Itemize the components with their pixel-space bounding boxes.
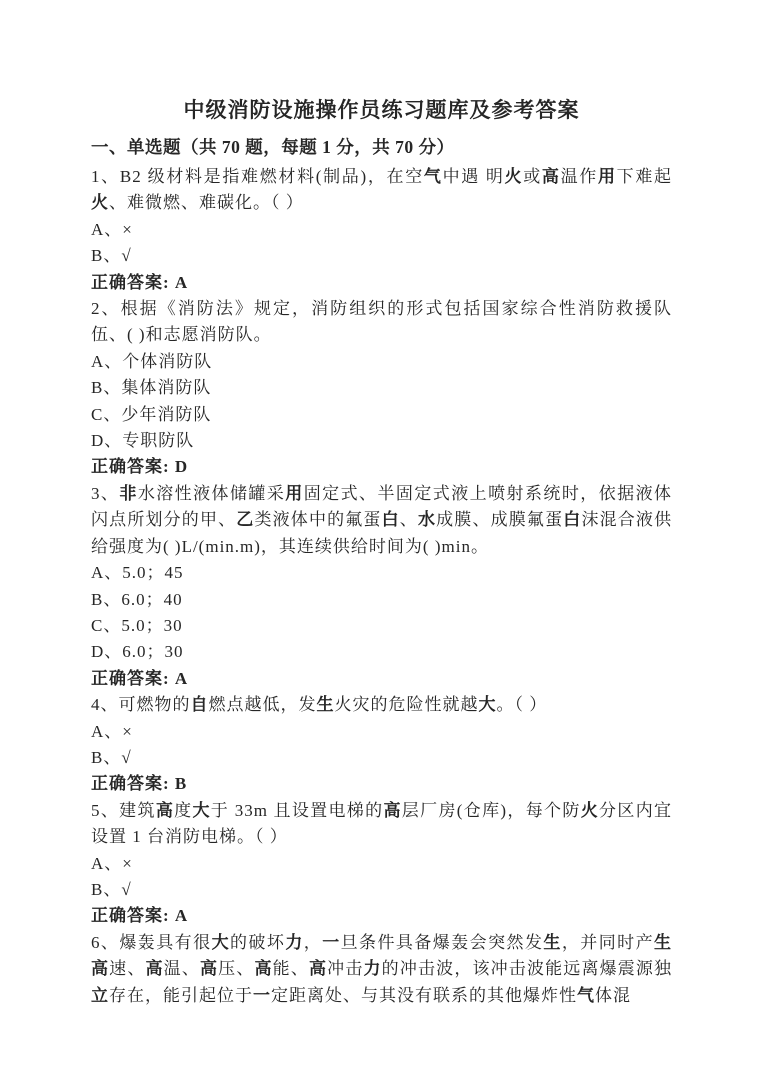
- question-stem: 1、B2 级材料是指难燃材料(制品)，在空气中遇 明火或高温作用下难起火、难微燃…: [91, 164, 672, 217]
- option-line: B、√: [91, 877, 672, 903]
- question-stem: 5、建筑高度大于 33m 且设置电梯的高层厂房(仓库)，每个防火分区内宜设置 1…: [91, 798, 672, 851]
- document-body: 中级消防设施操作员练习题库及参考答案 一、单选题（共 70 题，每题 1 分，共…: [91, 96, 672, 1009]
- option-line: B、集体消防队: [91, 375, 672, 401]
- document-title: 中级消防设施操作员练习题库及参考答案: [91, 96, 672, 124]
- option-line: B、√: [91, 745, 672, 771]
- question-block: 3、非水溶性液体储罐采用固定式、半固定式液上喷射系统时，依据液体闪点所划分的甲、…: [91, 481, 672, 692]
- question-stem: 4、可燃物的自燃点越低，发生火灾的危险性就越大。（ ）: [91, 692, 672, 718]
- question-list: 1、B2 级材料是指难燃材料(制品)，在空气中遇 明火或高温作用下难起火、难微燃…: [91, 164, 672, 1009]
- correct-answer: 正确答案: D: [91, 454, 672, 480]
- question-stem: 2、根据《消防法》规定，消防组织的形式包括国家综合性消防救援队伍、( )和志愿消…: [91, 296, 672, 349]
- option-line: A、个体消防队: [91, 349, 672, 375]
- option-line: D、6.0；30: [91, 639, 672, 665]
- correct-answer: 正确答案: A: [91, 903, 672, 929]
- correct-answer: 正确答案: A: [91, 666, 672, 692]
- question-block: 6、爆轰具有很大的破坏力，一旦条件具备爆轰会突然发生，并同时产生高速、高温、高压…: [91, 930, 672, 1009]
- question-stem: 3、非水溶性液体储罐采用固定式、半固定式液上喷射系统时，依据液体闪点所划分的甲、…: [91, 481, 672, 560]
- option-line: C、5.0；30: [91, 613, 672, 639]
- document-page: 中级消防设施操作员练习题库及参考答案 一、单选题（共 70 题，每题 1 分，共…: [0, 0, 763, 1080]
- section-heading: 一、单选题（共 70 题，每题 1 分，共 70 分）: [91, 134, 672, 161]
- option-line: A、×: [91, 851, 672, 877]
- option-line: B、√: [91, 243, 672, 269]
- option-line: A、×: [91, 719, 672, 745]
- question-block: 1、B2 级材料是指难燃材料(制品)，在空气中遇 明火或高温作用下难起火、难微燃…: [91, 164, 672, 296]
- question-block: 2、根据《消防法》规定，消防组织的形式包括国家综合性消防救援队伍、( )和志愿消…: [91, 296, 672, 481]
- option-line: C、少年消防队: [91, 402, 672, 428]
- option-line: D、专职防队: [91, 428, 672, 454]
- option-line: A、×: [91, 217, 672, 243]
- correct-answer: 正确答案: B: [91, 771, 672, 797]
- question-block: 5、建筑高度大于 33m 且设置电梯的高层厂房(仓库)，每个防火分区内宜设置 1…: [91, 798, 672, 930]
- correct-answer: 正确答案: A: [91, 270, 672, 296]
- question-block: 4、可燃物的自燃点越低，发生火灾的危险性就越大。（ ） A、×B、√正确答案: …: [91, 692, 672, 798]
- question-stem: 6、爆轰具有很大的破坏力，一旦条件具备爆轰会突然发生，并同时产生高速、高温、高压…: [91, 930, 672, 1009]
- option-line: A、5.0；45: [91, 560, 672, 586]
- option-line: B、6.0；40: [91, 587, 672, 613]
